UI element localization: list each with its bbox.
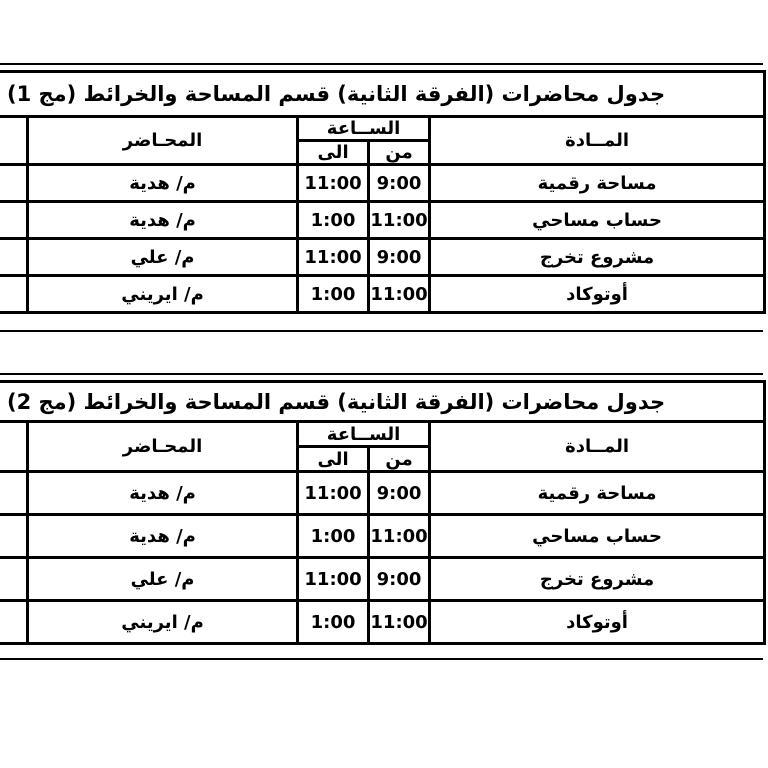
subject-cell: مشروع تخرج bbox=[430, 558, 765, 601]
table2-header-time: الســاعة bbox=[298, 422, 430, 447]
partial-cell bbox=[0, 239, 28, 276]
lecturer-cell: م/ هدية bbox=[28, 165, 298, 202]
from-cell: 11:00 bbox=[369, 601, 430, 644]
table1-row-2: حساب مساحي 11:00 1:00 م/ هدية bbox=[0, 202, 765, 239]
from-cell: 9:00 bbox=[369, 239, 430, 276]
to-cell: 11:00 bbox=[298, 239, 369, 276]
partial-cell-fragment: مـ bbox=[0, 276, 28, 313]
to-cell: 11:00 bbox=[298, 472, 369, 515]
table2-title: جدول محاضرات (الفرقة الثانية) قسم المساح… bbox=[0, 382, 765, 422]
schedule-table-group1: جدول محاضرات (الفرقة الثانية) قسم المساح… bbox=[0, 70, 766, 314]
table1-title: جدول محاضرات (الفرقة الثانية) قسم المساح… bbox=[0, 72, 765, 117]
lecturer-cell: م/ هدية bbox=[28, 202, 298, 239]
table2-header-lecturer: المحـاضر bbox=[28, 422, 298, 472]
document-page: جدول محاضرات (الفرقة الثانية) قسم المساح… bbox=[0, 0, 768, 768]
table2-row-4: أوتوكاد 11:00 1:00 م/ ايريني مـ bbox=[0, 601, 765, 644]
horizontal-rule-top-table1 bbox=[0, 63, 763, 65]
from-cell: 9:00 bbox=[369, 472, 430, 515]
subject-cell: مساحة رقمية bbox=[430, 472, 765, 515]
partial-cell bbox=[0, 515, 28, 558]
from-cell: 11:00 bbox=[369, 202, 430, 239]
to-cell: 1:00 bbox=[298, 276, 369, 313]
table1-header-partial-column bbox=[0, 117, 28, 165]
to-cell: 11:00 bbox=[298, 165, 369, 202]
from-cell: 9:00 bbox=[369, 558, 430, 601]
partial-cell bbox=[0, 202, 28, 239]
table1-row-3: مشروع تخرج 9:00 11:00 م/ علي bbox=[0, 239, 765, 276]
subject-cell: أوتوكاد bbox=[430, 601, 765, 644]
subject-cell: حساب مساحي bbox=[430, 515, 765, 558]
subject-cell: حساب مساحي bbox=[430, 202, 765, 239]
from-cell: 11:00 bbox=[369, 515, 430, 558]
schedule-table-group2: جدول محاضرات (الفرقة الثانية) قسم المساح… bbox=[0, 380, 766, 645]
table1-header-subject: المــادة bbox=[430, 117, 765, 165]
from-cell: 11:00 bbox=[369, 276, 430, 313]
table1-header-lecturer: المحـاضر bbox=[28, 117, 298, 165]
table2-row-1: مساحة رقمية 9:00 11:00 م/ هدية bbox=[0, 472, 765, 515]
table2-header-partial-column bbox=[0, 422, 28, 472]
table2-header-from: من bbox=[369, 447, 430, 472]
table1-header-from: من bbox=[369, 141, 430, 165]
from-cell: 9:00 bbox=[369, 165, 430, 202]
table1-row-1: مساحة رقمية 9:00 11:00 م/ هدية bbox=[0, 165, 765, 202]
table2-header-subject: المــادة bbox=[430, 422, 765, 472]
table2-header-to: الى bbox=[298, 447, 369, 472]
to-cell: 1:00 bbox=[298, 515, 369, 558]
table1-header-to: الى bbox=[298, 141, 369, 165]
subject-cell: مشروع تخرج bbox=[430, 239, 765, 276]
lecturer-cell: م/ علي bbox=[28, 558, 298, 601]
lecturer-cell: م/ هدية bbox=[28, 472, 298, 515]
schedule-table-group1-wrap: جدول محاضرات (الفرقة الثانية) قسم المساح… bbox=[0, 70, 763, 314]
schedule-table-group2-wrap: جدول محاضرات (الفرقة الثانية) قسم المساح… bbox=[0, 380, 763, 645]
to-cell: 11:00 bbox=[298, 558, 369, 601]
lecturer-cell: م/ علي bbox=[28, 239, 298, 276]
to-cell: 1:00 bbox=[298, 601, 369, 644]
horizontal-rule-top-table2 bbox=[0, 373, 763, 375]
partial-cell bbox=[0, 558, 28, 601]
lecturer-cell: م/ هدية bbox=[28, 515, 298, 558]
subject-cell: أوتوكاد bbox=[430, 276, 765, 313]
table2-row-2: حساب مساحي 11:00 1:00 م/ هدية bbox=[0, 515, 765, 558]
partial-cell-fragment: مـ bbox=[0, 601, 28, 644]
horizontal-rule-bottom-table2 bbox=[0, 658, 763, 660]
table1-header-time: الســاعة bbox=[298, 117, 430, 141]
partial-cell bbox=[0, 472, 28, 515]
partial-cell bbox=[0, 165, 28, 202]
lecturer-cell: م/ ايريني bbox=[28, 276, 298, 313]
table1-row-4: أوتوكاد 11:00 1:00 م/ ايريني مـ bbox=[0, 276, 765, 313]
subject-cell: مساحة رقمية bbox=[430, 165, 765, 202]
horizontal-rule-bottom-table1 bbox=[0, 330, 763, 332]
lecturer-cell: م/ ايريني bbox=[28, 601, 298, 644]
to-cell: 1:00 bbox=[298, 202, 369, 239]
table2-row-3: مشروع تخرج 9:00 11:00 م/ علي bbox=[0, 558, 765, 601]
